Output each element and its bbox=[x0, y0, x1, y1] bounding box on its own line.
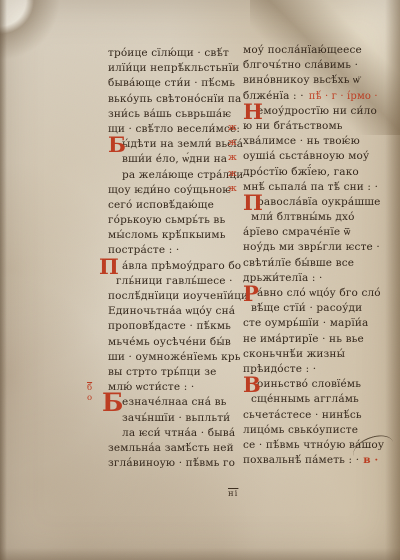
photo-vignette bbox=[0, 0, 400, 560]
manuscript-page: тро́ице сїлю́щи · свѣ́т илїи́ци непрѣ́кл… bbox=[0, 0, 400, 560]
